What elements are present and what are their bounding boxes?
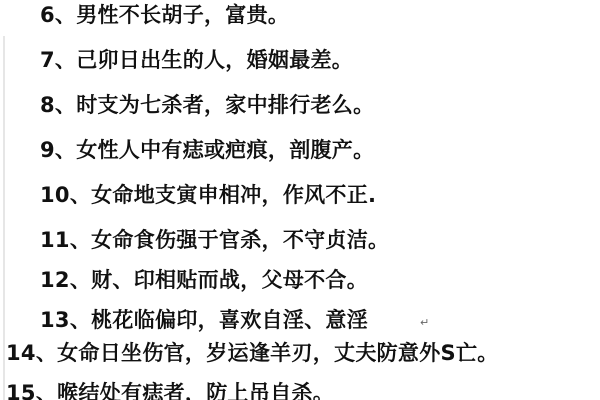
list-item-10: 10、女命地支寅申相冲，作风不正.	[40, 182, 376, 208]
list-item-12: 12、财、印相贴而战，父母不合。	[40, 267, 368, 293]
paragraph-mark-icon: ↵	[420, 316, 429, 329]
list-item-7: 7、己卯日出生的人，婚姻最差。	[40, 47, 353, 73]
list-item-11: 11、女命食伤强于官杀，不守贞洁。	[40, 227, 389, 253]
list-item-14: 14、女命日坐伤官，岁运逢羊刃，丈夫防意外S亡。	[6, 340, 499, 366]
list-item-6: 6、男性不长胡子，富贵。	[40, 2, 289, 28]
list-item-9: 9、女性人中有痣或疤痕，剖腹产。	[40, 137, 374, 163]
document-body: 6、男性不长胡子，富贵。 7、己卯日出生的人，婚姻最差。 8、时支为七杀者，家中…	[0, 0, 600, 400]
list-item-8: 8、时支为七杀者，家中排行老么。	[40, 92, 374, 118]
list-item-15: 15、喉结处有痣者，防上吊自杀。	[6, 380, 334, 400]
list-item-13: 13、桃花临偏印，喜欢自淫、意淫	[40, 307, 368, 333]
